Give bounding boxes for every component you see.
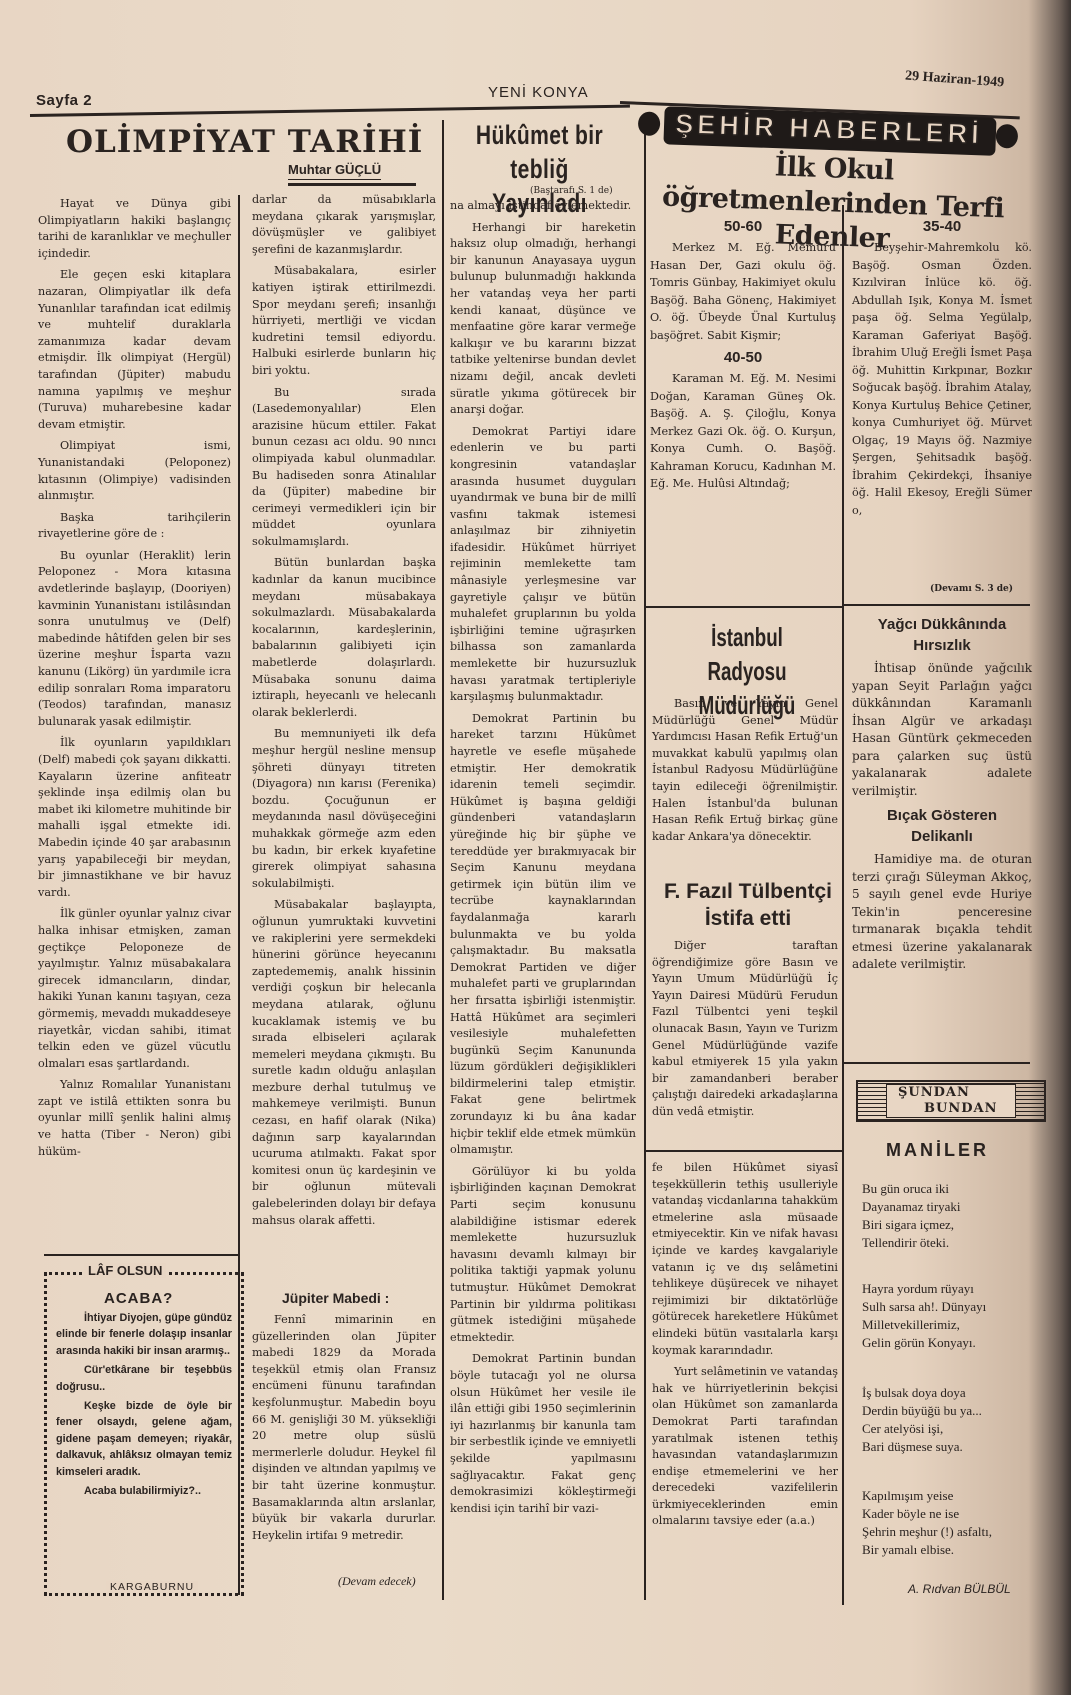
article-title-bicak: Bıçak Gösteren Delikanlı [852, 805, 1032, 847]
mani-stanza: Kapılmışım yeise Kader böyle ne ise Şehr… [862, 1487, 1052, 1559]
banner-dot-icon [995, 124, 1018, 149]
paragraph: Hayat ve Dünya gibi Olimpiyatların hakik… [38, 196, 231, 262]
poem-line: Bu gün oruca iki [862, 1180, 1052, 1198]
poem-line: Bari düşmese suya. [862, 1438, 1052, 1456]
sundan-bundan-logo: ŞUNDAN BUNDAN [856, 1080, 1046, 1122]
poem-line: İş bulsak doya doya [862, 1384, 1052, 1402]
terfi-column-1: 50-60 Merkez M. Eğ. Memuru Hasan Der, Ga… [650, 216, 836, 498]
paragraph: Bu oyunlar (Heraklit) lerin Peloponez - … [38, 548, 231, 731]
poem-line: Biri sigara içmez, [862, 1216, 1052, 1234]
paragraph: Bu sırada (Lasedemonyalılar) Elen arazis… [252, 385, 436, 551]
page-number: Sayfa 2 [36, 92, 92, 109]
issue-date: 29 Haziran-1949 [905, 69, 1005, 92]
paragraph: Demokrat Partinin bu hareket tarzını Hük… [450, 711, 636, 1159]
column-rule [442, 120, 444, 1600]
laf-olsun-body: İhtiyar Diyojen, güpe gündüz elinde bir … [56, 1310, 232, 1502]
divider [288, 183, 416, 186]
paragraph: İhtiyar Diyojen, güpe gündüz elinde bir … [56, 1310, 232, 1359]
masthead: Sayfa 2 YENİ KONYA 29 Haziran-1949 [0, 0, 1071, 120]
maniler-title: MANİLER [886, 1140, 989, 1161]
logo-line: ŞUNDAN [898, 1085, 970, 1100]
poem-line: Derdin büyüğü bu ya... [862, 1402, 1052, 1420]
paragraph: Bu memnuniyeti ilk defa meşhur hergül ne… [252, 726, 436, 892]
continued-from-note: (Baştarafı S. 1 de) [530, 186, 613, 196]
paragraph: Fennî mimarinin en güzellerinden olan Jü… [252, 1312, 436, 1544]
poem-line: Kader böyle ne ise [862, 1505, 1052, 1523]
radyo-text: Basın ve Yayın Genel Müdürlüğü Genel Müd… [652, 696, 838, 850]
paragraph: Beyşehir-Mahremkolu kö. Başöğ. Osman Özd… [852, 239, 1032, 519]
poem-line: Hayra yordum rüyayı [862, 1280, 1052, 1298]
poem-line: Tellendirir öteki. [862, 1234, 1052, 1252]
paragraph: fe bilen Hükûmet siyasî teşekküllerin te… [652, 1160, 838, 1359]
paragraph: Demokrat Partinin bundan böyle tutacağı … [450, 1351, 636, 1517]
paragraph: Diğer taraftan öğrendiğimize göre Basın … [652, 938, 838, 1121]
divider [44, 1254, 238, 1256]
laf-olsun-signature: KARGABURNU [106, 1581, 198, 1593]
paragraph: Keşke bizde de öyle bir fener olsaydı, g… [56, 1398, 232, 1480]
poem-line: Gelin görün Konyayı. [862, 1334, 1052, 1352]
jupiter-text: Fennî mimarinin en güzellerinden olan Jü… [252, 1312, 436, 1549]
paragraph: Müsabakalara, esirler katiyen iştirak et… [252, 263, 436, 379]
divider [646, 606, 842, 608]
range-heading: 35-40 [852, 218, 1032, 235]
poem-line: Şehrin meşhur (!) asfaltı, [862, 1523, 1052, 1541]
title-line: İstifa etti [648, 905, 848, 932]
title-line: İstanbul Radyosu [679, 620, 816, 688]
paragraph: darlar da müsabıklarla meydana çıkarak y… [252, 192, 436, 258]
banner-dot-icon [638, 111, 661, 136]
paragraph: İlk günler oyunlar yalnız civar halka in… [38, 906, 231, 1072]
terfi-column-2: 35-40 Beyşehir-Mahremkolu kö. Başöğ. Osm… [852, 216, 1032, 524]
bicak-text: Hamidiye ma. de oturan terzi çırağı Süle… [852, 851, 1032, 974]
paragraph: İlk oyunların yapıldıkları (Delf) mabedi… [38, 735, 231, 901]
paragraph: Görülüyor ki bu yolda işbirliğinden kaçı… [450, 1164, 636, 1347]
poem-line: Cer atelyösi işi, [862, 1420, 1052, 1438]
article-title-olimpiyat: OLİMPİYAT TARİHİ [66, 124, 423, 160]
title-line: Bıçak Gösteren [852, 805, 1032, 826]
logo-line: BUNDAN [924, 1101, 997, 1116]
paragraph: Müsabakalar başlayıpta, oğlunun yumrukta… [252, 897, 436, 1229]
paragraph: Ele geçen eski kitaplara nazaran, Olimpi… [38, 267, 231, 433]
yagci-text: İhtisap önünde yağcılık yapan Seyit Parl… [852, 660, 1032, 800]
range-heading: 40-50 [650, 349, 836, 366]
column-rule [644, 120, 646, 1600]
paragraph: na almayı istihdaf eylemektedir. [450, 198, 636, 215]
paragraph: Yurt selâmetinin ve vatandaş hak ve hürr… [652, 1364, 838, 1530]
paragraph: Hamidiye ma. de oturan terzi çırağı Süle… [852, 851, 1032, 974]
article-title-fazil: F. Fazıl Tülbentçi İstifa etti [648, 878, 848, 932]
paragraph: Karaman M. Eğ. M. Nesimi Doğan, Karaman … [650, 370, 836, 493]
paragraph: Acaba bulabilirmiyiz?.. [56, 1483, 232, 1499]
divider [646, 1150, 842, 1152]
title-line: Yağcı Dükkânında [852, 614, 1032, 635]
newspaper-name: YENİ KONYA [488, 84, 589, 101]
mani-stanza: Bu gün oruca iki Dayanamaz tiryaki Biri … [862, 1180, 1052, 1252]
poem-line: Bir yamalı elbise. [862, 1541, 1052, 1559]
continued-to-note: (Devamı S. 3 de) [930, 584, 1013, 594]
olimpiyat-column-1: Hayat ve Dünya gibi Olimpiyatların hakik… [38, 196, 231, 1165]
title-line: Hükûmet bir tebliğ [463, 118, 615, 186]
poem-line: Milletvekillerimiz, [862, 1316, 1052, 1334]
poem-line: Kapılmışım yeise [862, 1487, 1052, 1505]
title-line: Hırsızlık [852, 635, 1032, 656]
masthead-rule [30, 105, 630, 117]
paragraph: Olimpiyat ismi, Yunanistandaki (Pelopone… [38, 438, 231, 504]
poem-line: Sulh sarsa ah!. Dünyayı [862, 1298, 1052, 1316]
laf-olsun-section: LÂF OLSUN [84, 1263, 166, 1278]
olimpiyat-column-2: darlar da müsabıklarla meydana çıkarak y… [252, 192, 436, 1234]
range-heading: 50-60 [650, 218, 836, 235]
mani-stanza: Hayra yordum rüyayı Sulh sarsa ah!. Düny… [862, 1280, 1052, 1352]
divider [844, 1062, 1030, 1064]
subheading-jupiter: Jüpiter Mabedi : [282, 1290, 389, 1306]
paragraph: Başka tarihçilerin rivayetlerine göre de… [38, 510, 231, 543]
hukumet-column: na almayı istihdaf eylemektedir. Herhang… [450, 198, 636, 1522]
article-byline: Muhtar GÜÇLÜ [288, 162, 381, 180]
paragraph: Merkez M. Eğ. Memuru Hasan Der, Gazi oku… [650, 239, 836, 344]
paragraph: Demokrat Partiyi idare edenlerin ve bu p… [450, 424, 636, 706]
hukumet-continuation: fe bilen Hükûmet siyasî teşekküllerin te… [652, 1160, 838, 1535]
poem-line: Dayanamaz tiryaki [862, 1198, 1052, 1216]
paragraph: Yalnız Romalılar Yunanistanı zapt ve ist… [38, 1077, 231, 1160]
divider [844, 604, 1030, 606]
article-title-yagci: Yağcı Dükkânında Hırsızlık [852, 614, 1032, 656]
paragraph: İhtisap önünde yağcılık yapan Seyit Parl… [852, 660, 1032, 800]
title-line: Delikanlı [852, 826, 1032, 847]
laf-olsun-title: ACABA? [104, 1290, 173, 1307]
maniler-signature: A. Rıdvan BÜLBÜL [908, 1582, 1011, 1596]
article-yagci: Yağcı Dükkânında Hırsızlık İhtisap önünd… [852, 614, 1032, 979]
paragraph: Bütün bunlardan başka kadınlar da kanun … [252, 555, 436, 721]
title-line: F. Fazıl Tülbentçi [648, 878, 848, 905]
fazil-text: Diğer taraftan öğrendiğimize göre Basın … [652, 938, 838, 1126]
paragraph: Cür'etkârane bir teşebbüs doğrusu.. [56, 1362, 232, 1395]
continued-note: (Devam edecek) [338, 1574, 416, 1589]
paragraph: Basın ve Yayın Genel Müdürlüğü Genel Müd… [652, 696, 838, 845]
mani-stanza: İş bulsak doya doya Derdin büyüğü bu ya.… [862, 1384, 1052, 1456]
paragraph: Herhangi bir hareketin haksız olup olmad… [450, 220, 636, 419]
